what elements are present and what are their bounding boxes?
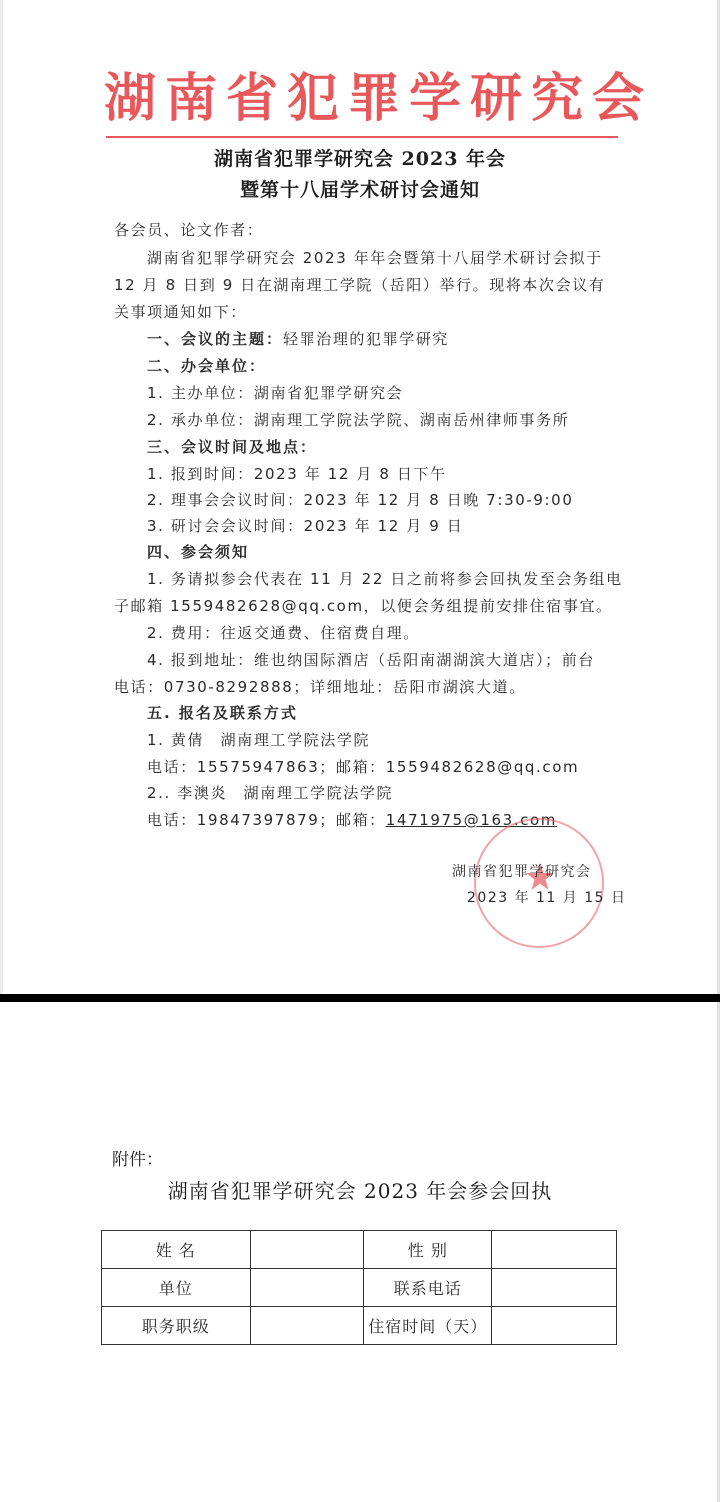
contact-1-name: 1. 黄倩 湖南理工学院法学院	[147, 729, 370, 750]
table-row: 职务职级 住宿时间（天）	[102, 1307, 617, 1345]
contact-2-details: 电话：19847397879；邮箱：1471975@163.com	[147, 809, 557, 830]
section-theme-heading: 一、会议的主题：	[147, 330, 283, 348]
note-item-4-line2: 电话：0730-8292888；详细地址：岳阳市湖滨大道。	[114, 676, 526, 697]
table-row: 姓 名 性 别	[102, 1231, 617, 1269]
note-item-2: 2. 费用：往返交通费、住宿费自理。	[147, 622, 420, 643]
field-value-name[interactable]	[250, 1231, 364, 1269]
organizer-item: 2. 承办单位：湖南理工学院法学院、湖南岳州律师事务所	[147, 409, 569, 430]
section-contact-heading: 五. 报名及联系方式	[147, 702, 298, 723]
field-label-unit: 单位	[102, 1269, 251, 1307]
field-label-phone: 联系电话	[364, 1269, 492, 1307]
schedule-item: 1. 报到时间：2023 年 12 月 8 日下午	[147, 463, 447, 484]
page-separator	[0, 994, 720, 1002]
field-label-name: 姓 名	[102, 1231, 251, 1269]
section-theme-text: 轻罪治理的犯罪学研究	[283, 330, 449, 348]
contact-1-details: 电话：15575947863；邮箱：1559482628@qq.com	[147, 756, 579, 777]
signature-date: 2023 年 11 月 15 日	[467, 887, 627, 907]
note-item-1-line1: 1. 务请拟参会代表在 11 月 22 日之前将参会回执发至会务组电	[147, 568, 623, 589]
notice-title-line1: 湖南省犯罪学研究会 2023 年会	[0, 144, 720, 171]
schedule-item: 2. 理事会会议时间：2023 年 12 月 8 日晚 7:30-9:00	[147, 489, 573, 510]
signature-org: 湖南省犯罪学研究会	[452, 861, 592, 881]
field-value-phone[interactable]	[492, 1269, 617, 1307]
field-label-position: 职务职级	[102, 1307, 251, 1345]
note-item-4-line1: 4. 报到地址：维也纳国际酒店（岳阳南湖湖滨大道店）；前台	[147, 649, 595, 670]
notice-title-line2: 暨第十八届学术研讨会通知	[0, 175, 720, 202]
attachment-label: 附件：	[112, 1145, 163, 1170]
schedule-item: 3. 研讨会会议时间：2023 年 12 月 9 日	[147, 515, 463, 536]
note-item-1-line2: 子邮箱 1559482628@qq.com，以便会务组提前安排住宿事宜。	[114, 595, 613, 616]
field-value-stay-days[interactable]	[492, 1307, 617, 1345]
registration-receipt-table: 姓 名 性 别 单位 联系电话 职务职级 住宿时间（天）	[101, 1230, 617, 1345]
intro-line-1: 湖南省犯罪学研究会 2023 年年会暨第十八届学术研讨会拟于	[147, 247, 603, 268]
field-value-unit[interactable]	[250, 1269, 364, 1307]
contact-2-name: 2.. 李澳炎 湖南理工学院法学院	[147, 782, 393, 803]
intro-line-2: 12 月 8 日到 9 日在湖南理工学院（岳阳）举行。现将本次会议有	[114, 274, 605, 295]
table-row: 单位 联系电话	[102, 1269, 617, 1307]
field-label-stay-days: 住宿时间（天）	[364, 1307, 492, 1345]
field-label-gender: 性 别	[364, 1231, 492, 1269]
intro-line-3: 关事项通知如下：	[114, 301, 247, 322]
organizer-item: 1. 主办单位：湖南省犯罪学研究会	[147, 382, 403, 403]
section-theme: 一、会议的主题：轻罪治理的犯罪学研究	[147, 328, 449, 349]
field-value-position[interactable]	[250, 1307, 364, 1345]
contact-2-phone: 电话：19847397879；邮箱：	[147, 811, 386, 829]
field-value-gender[interactable]	[492, 1231, 617, 1269]
section-notes-heading: 四、参会须知	[147, 541, 249, 562]
attachment-title: 湖南省犯罪学研究会 2023 年会参会回执	[0, 1175, 720, 1204]
letterhead-divider	[106, 136, 618, 138]
salutation: 各会员、论文作者：	[114, 219, 263, 240]
letterhead-org-name: 湖南省犯罪学研究会	[104, 66, 624, 132]
section-time-place-heading: 三、会议时间及地点：	[147, 436, 317, 457]
section-organizers-heading: 二、办会单位：	[147, 355, 266, 376]
